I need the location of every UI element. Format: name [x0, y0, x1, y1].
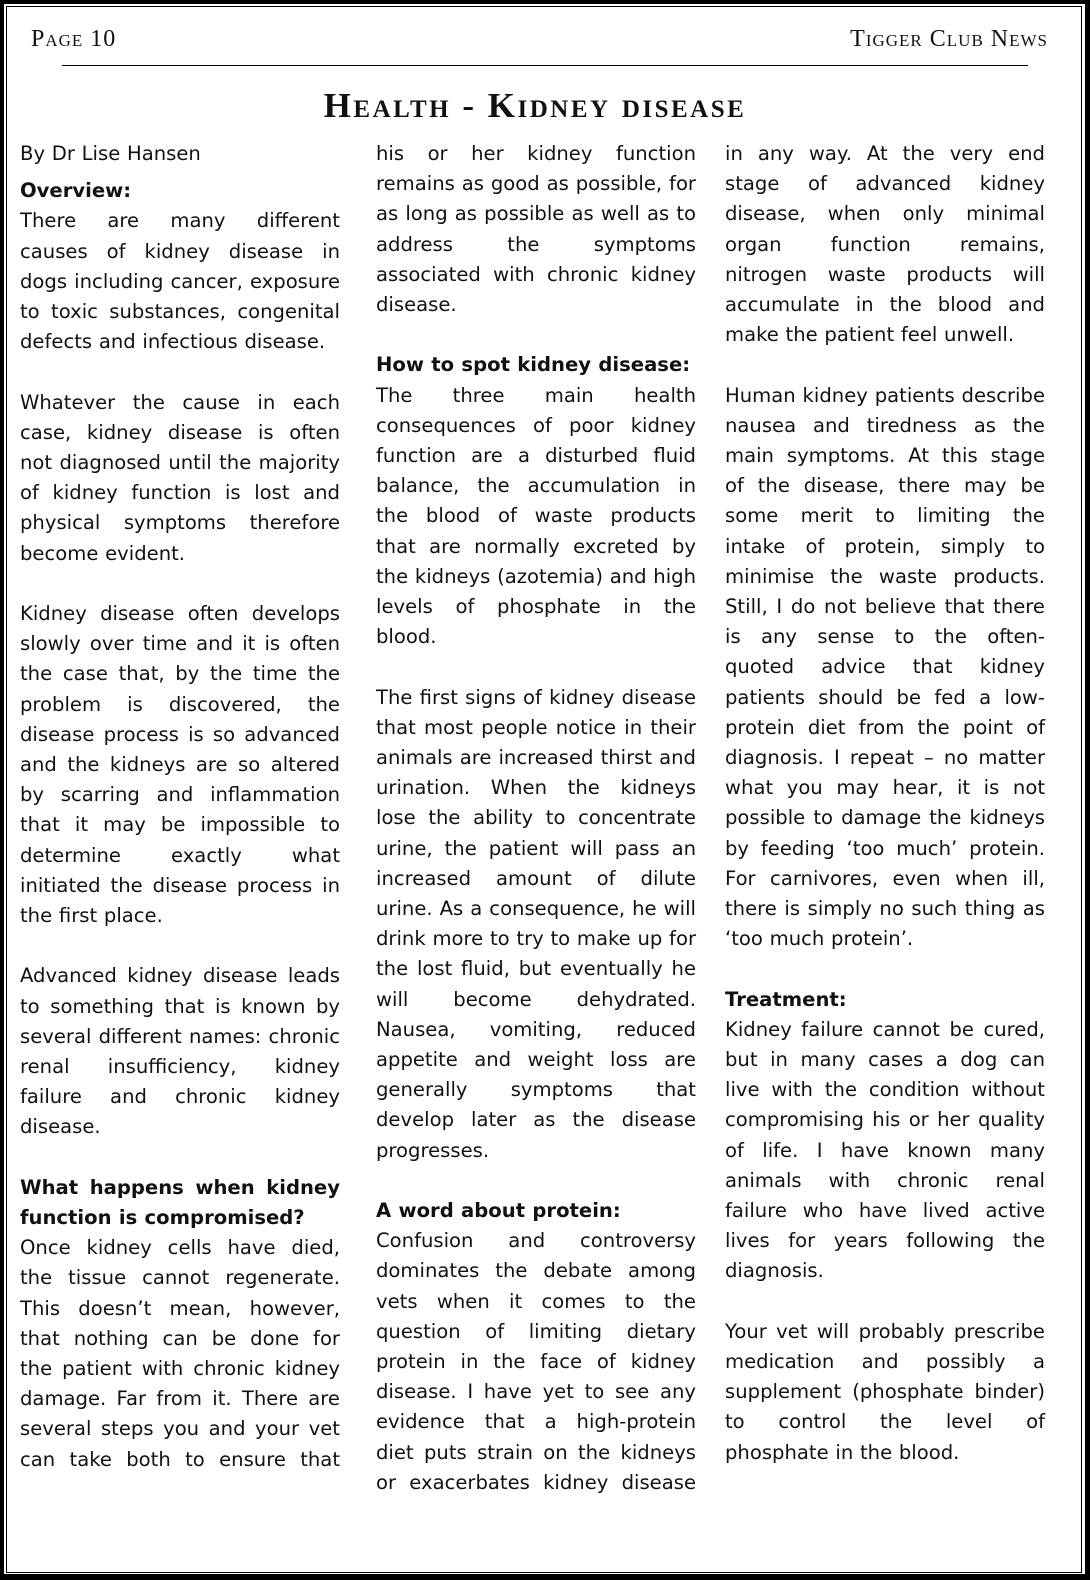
heading-what-happens: What happens when kidney function is com…: [20, 1173, 340, 1233]
column-3: in any way. At the very end stage of adv…: [725, 139, 1045, 1468]
header-rule: [62, 65, 1028, 66]
heading-treatment: Treatment:: [725, 985, 1045, 1015]
heading-protein: A word about protein:: [376, 1196, 696, 1226]
publication-name: Tigger Club News: [850, 26, 1048, 53]
paragraph: Whatever the cause in each case, kidney …: [20, 388, 340, 569]
newsletter-page: Page 10 Tigger Club News Health - Kidney…: [0, 0, 1090, 1580]
heading-how-to-spot: How to spot kidney disease:: [376, 350, 696, 380]
heading-overview: Overview:: [20, 176, 340, 206]
paragraph: Confusion and controversy dominates the …: [376, 1226, 696, 1498]
column-2: his or her kidney function remains as go…: [376, 139, 696, 1498]
paragraph: Your vet will probably prescribe medicat…: [725, 1317, 1045, 1468]
paragraph: Once kidney cells have died, the tissue …: [20, 1233, 340, 1475]
article-title: Health - Kidney disease: [0, 86, 1070, 126]
paragraph: There are many different causes of kidne…: [20, 206, 340, 357]
page-number: Page 10: [31, 26, 116, 53]
paragraph: Advanced kidney disease leads to somethi…: [20, 961, 340, 1142]
paragraph: The three main health consequences of po…: [376, 381, 696, 653]
paragraph: in any way. At the very end stage of adv…: [725, 139, 1045, 350]
paragraph: his or her kidney function remains as go…: [376, 139, 696, 320]
paragraph: Kidney failure cannot be cured, but in m…: [725, 1015, 1045, 1287]
column-1: By Dr Lise Hansen Overview: There are ma…: [20, 139, 340, 1475]
paragraph: Kidney disease often develops slowly ove…: [20, 599, 340, 931]
byline: By Dr Lise Hansen: [20, 139, 340, 169]
paragraph: The first signs of kidney disease that m…: [376, 683, 696, 1166]
paragraph: Human kidney patients describe nausea an…: [725, 381, 1045, 955]
